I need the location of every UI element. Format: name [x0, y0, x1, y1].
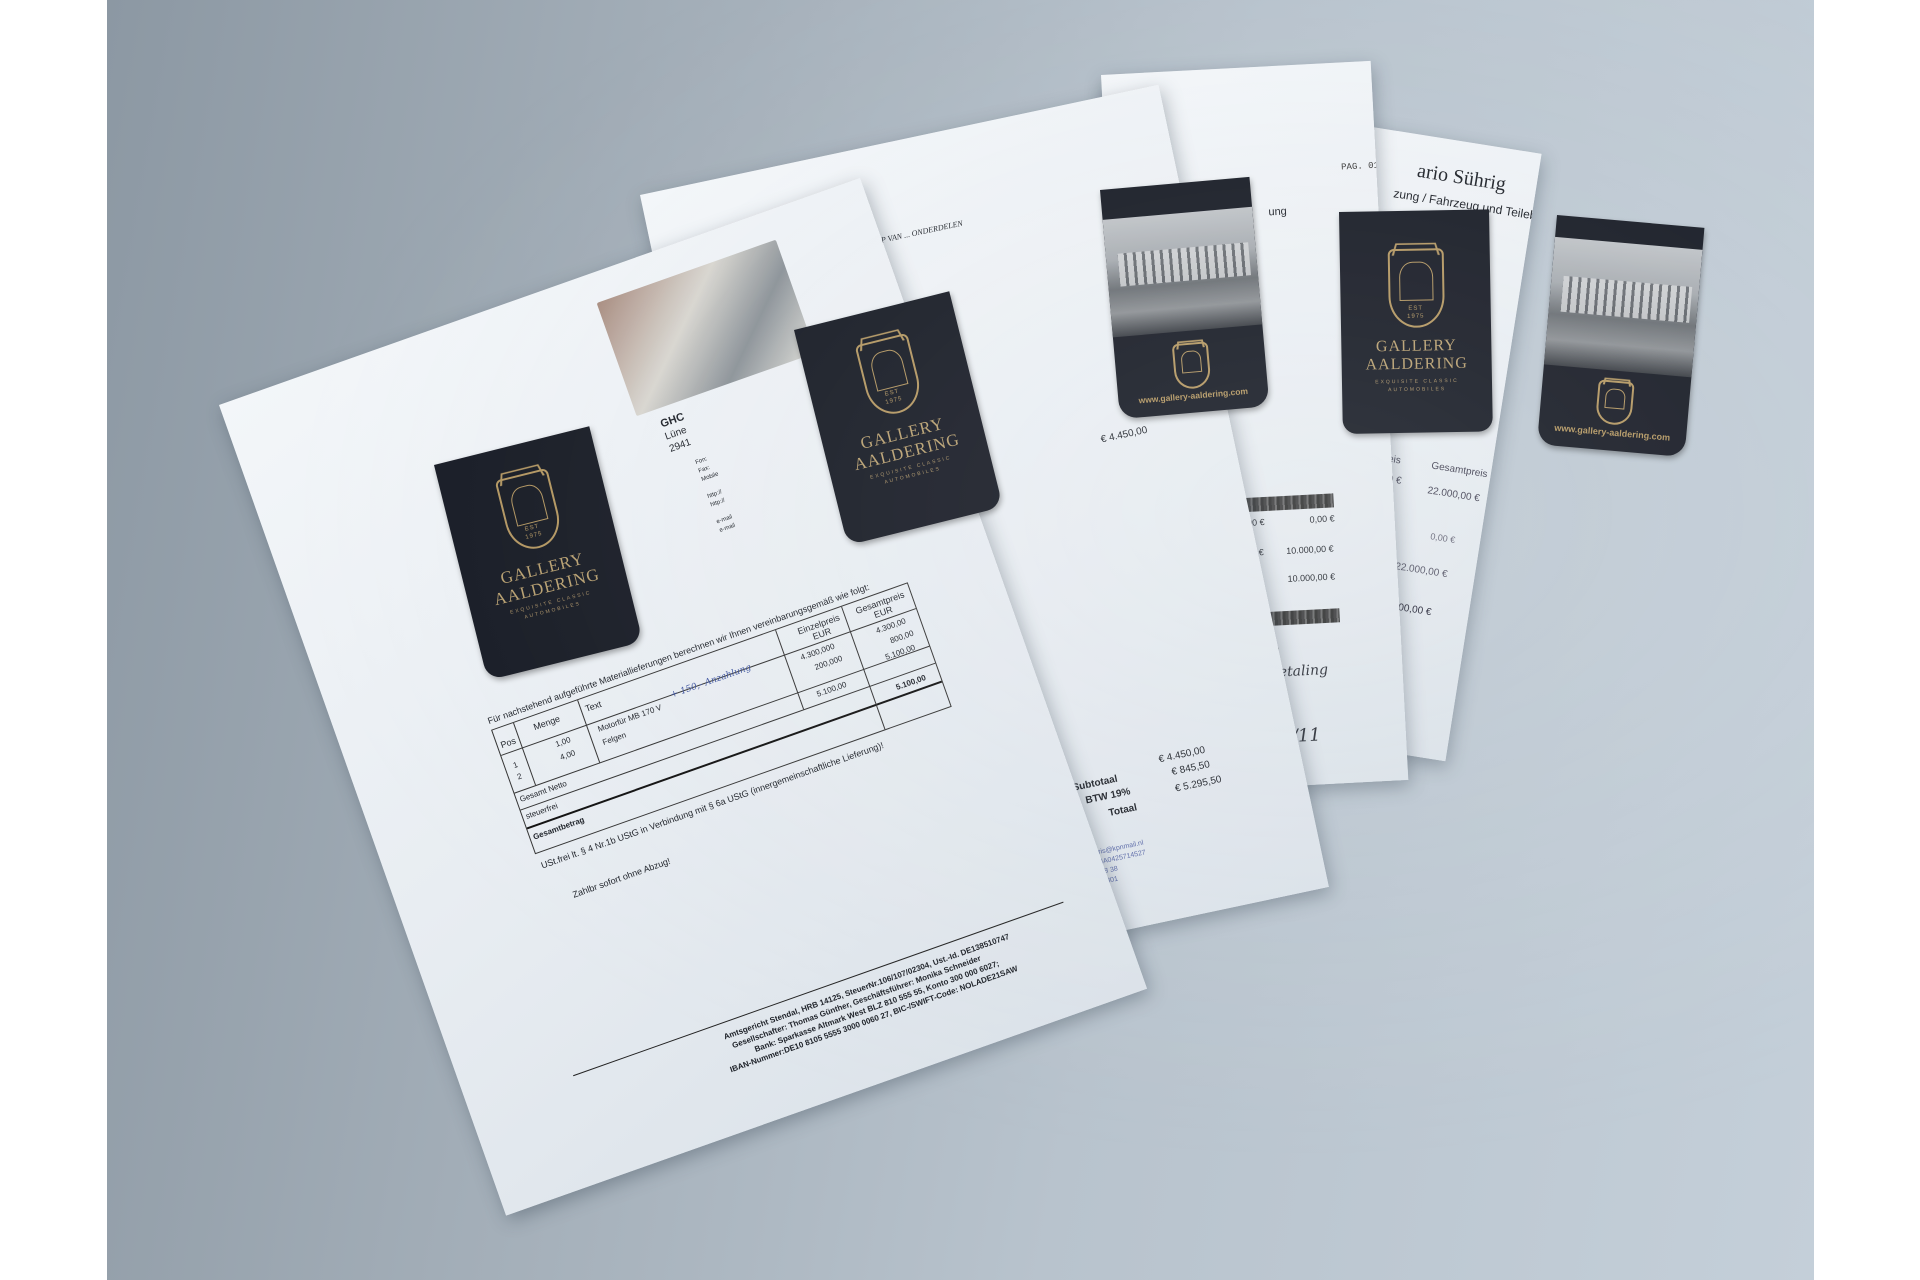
row-1-menge: 1,00 [554, 735, 572, 749]
tagline-1: EXQUISITE CLASSIC [1342, 377, 1492, 386]
gesamtbetrag-label: Gesamtbetrag [532, 815, 586, 841]
dashboard-photo [597, 240, 816, 417]
http-label-2: http:// [710, 498, 726, 509]
col-gesamtpreis: Gesamtpreis [1431, 461, 1489, 481]
steuerfrei-value: 5.100,00 [884, 643, 916, 662]
row-2-menge: 4,00 [559, 748, 577, 762]
row-a-gesamt: 22.000,00 € [1427, 485, 1481, 504]
payment-note: Zahlbr sofort ohne Abzug! [571, 856, 672, 900]
footer-line-3: Bank: Sparkasse Altmark West BLZ 810 555… [753, 959, 1000, 1054]
email-label-2: e-mail [719, 523, 736, 534]
crest-icon [1172, 341, 1212, 390]
business-card-3: EST 1975 GALLERY AALDERING EXQUISITE CLA… [1339, 209, 1493, 434]
page-number: PAG. 01 [1341, 161, 1379, 173]
subtotal: 10.000,00 € [1287, 571, 1335, 583]
crest-icon [1595, 379, 1635, 426]
row-a-gesamt: 0,00 € [1309, 513, 1335, 524]
totaal-value: € 5.295,50 [1174, 774, 1223, 795]
amount-top: € 4.450,00 [1100, 425, 1149, 446]
btw-value: € 845,50 [1171, 759, 1211, 778]
footer-rule [573, 902, 1064, 1077]
business-card-4: www.gallery-aaldering.com [1537, 215, 1704, 457]
card-building-photo [1103, 207, 1263, 338]
row-2-text: Felgen [601, 730, 627, 747]
row-b-gesamt: 10.000,00 € [1286, 543, 1334, 555]
col-text: Text [584, 699, 603, 714]
handwritten-note: + 150,- Anzahlung [669, 663, 752, 701]
row-2-pos: 2 [516, 772, 523, 782]
tagline-2: AUTOMOBILES [1342, 385, 1492, 394]
business-card-2: www.gallery-aaldering.com [1100, 177, 1269, 419]
card-building-photo [1544, 237, 1703, 377]
col-menge: Menge [532, 714, 561, 733]
mobile-label: Mobile [701, 471, 720, 483]
brand-line-1: GALLERY [1341, 337, 1491, 356]
totaal-label: Totaal [1108, 802, 1138, 819]
contact-labels: Fon: Fax: Mobile http:// http:// e-mail … [694, 454, 738, 536]
col-pos: Pos [499, 736, 517, 751]
row-1-pos: 1 [512, 760, 519, 770]
footer-line-2: Gesellschafter: Thomas Günther, Geschäft… [731, 954, 982, 1050]
invoice-subtitle: ung [1268, 205, 1287, 218]
photo-surface: ario Sührig zung / Fahrzeug und Teilebes… [107, 0, 1814, 1280]
row-b-gesamt: 0,00 € [1430, 531, 1456, 545]
brand-line-2: AALDERING [1342, 355, 1492, 374]
fax-label: Fax: [698, 465, 711, 475]
subtotal: 22.000,00 € [1394, 561, 1448, 580]
